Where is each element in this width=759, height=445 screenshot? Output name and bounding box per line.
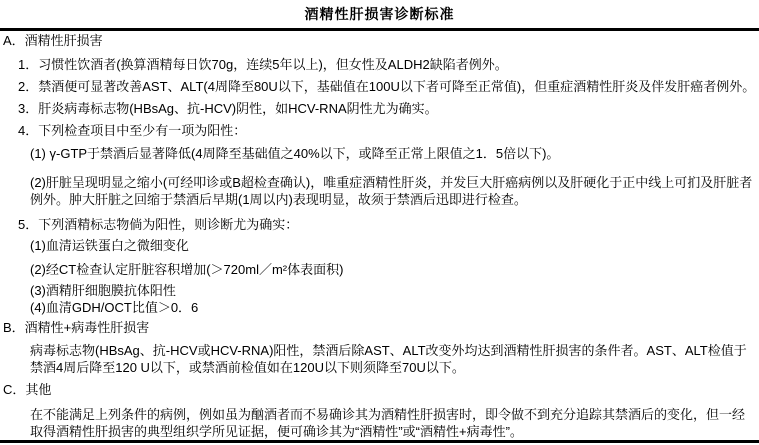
section-a-heading: A．酒精性肝损害 [3, 33, 103, 49]
top-rule [0, 28, 759, 31]
section-a-item-1: 1．习惯性饮酒者(换算酒精每日饮70g，连续5年以上)，但女性及ALDH2缺陷者… [18, 57, 508, 73]
section-a-item-5-sub-1: (1)血清运铁蛋白之微细变化 [30, 238, 189, 254]
document: 酒精性肝损害诊断标准 A．酒精性肝损害 1．习惯性饮酒者(换算酒精每日饮70g，… [0, 0, 759, 445]
section-c-heading: C．其他 [3, 382, 51, 398]
section-c-paragraph: 在不能满足上列条件的病例，例如虽为酗酒者而不易确诊其为酒精性肝损害时，即令做不到… [30, 407, 753, 440]
section-a-item-4: 4．下列检查项目中至少有一项为阳性： [18, 123, 246, 139]
section-a-item-5-sub-2: (2)经CT检查认定肝脏容积增加(＞720ml／m²体表面积) [30, 262, 343, 278]
section-b-paragraph: 病毒标志物(HBsAg、抗-HCV或HCV-RNA)阳性，禁酒后除AST、ALT… [30, 343, 753, 376]
section-a-item-2: 2．禁酒便可显著改善AST、ALT(4周降至80U以下，基础值在100U以下者可… [18, 79, 755, 95]
bottom-rule [0, 440, 759, 443]
section-a-item-5-sub-3: (3)酒精肝细胞膜抗体阳性 [30, 283, 176, 299]
section-a-item-5: 5．下列酒精标志物倘为阳性，则诊断尤为确实： [18, 217, 298, 233]
section-a-item-5-sub-4: (4)血清GDH/OCT比值＞0．6 [30, 300, 198, 316]
section-b-heading: B．酒精性+病毒性肝损害 [3, 320, 149, 336]
section-a-item-3: 3．肝炎病毒标志物(HBsAg、抗-HCV)阴性，如HCV-RNA阴性尤为确实。 [18, 101, 438, 117]
section-a-item-4-sub-1: (1) γ-GTP于禁酒后显著降低(4周降至基础值之40%以下，或降至正常上限值… [30, 146, 559, 162]
page-title: 酒精性肝损害诊断标准 [0, 6, 759, 22]
section-a-item-4-sub-2: (2)肝脏呈现明显之缩小(可经叩诊或B超检查确认)，唯重症酒精性肝炎，并发巨大肝… [30, 175, 753, 208]
